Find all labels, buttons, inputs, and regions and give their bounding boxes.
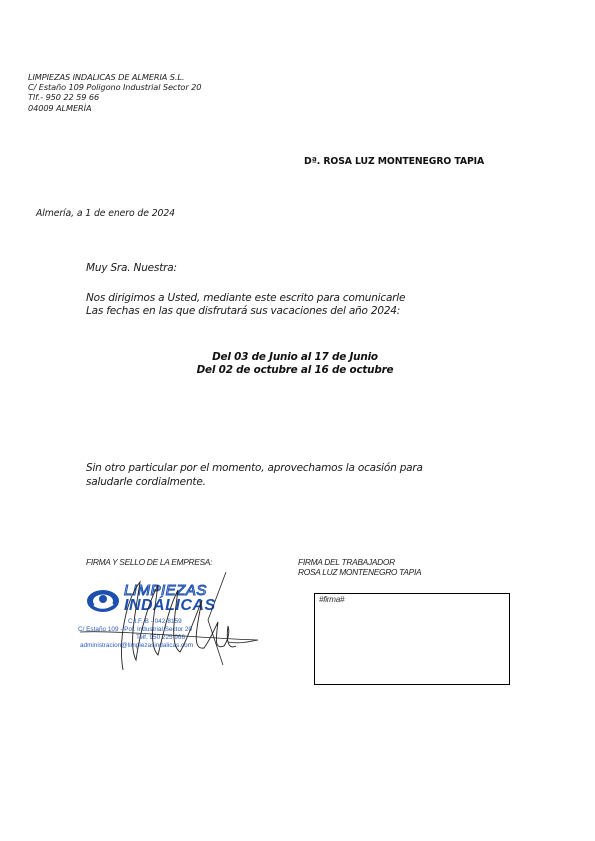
worker-signature-title: FIRMA DEL TRABAJADOR <box>298 557 421 567</box>
sender-company: LIMPIEZAS INDALICAS DE ALMERIA S.L. <box>28 72 201 82</box>
salutation: Muy Sra. Nuestra: <box>86 262 177 274</box>
sender-address: C/ Estaño 109 Poligono Industrial Sector… <box>28 82 201 92</box>
sender-city: 04009 ALMERÌA <box>28 103 201 113</box>
company-logo-icon <box>86 588 122 614</box>
company-stamp: LIMPIEZAS INDÁLICAS C.I.F. B - 042-8159 … <box>78 580 263 660</box>
sender-address-block: LIMPIEZAS INDALICAS DE ALMERIA S.L. C/ E… <box>28 72 201 113</box>
stamp-address: C/ Estaño 109 - Pol. Industrial Sector 2… <box>78 626 192 633</box>
recipient-name: Dª. ROSA LUZ MONTENEGRO TAPIA <box>304 156 484 167</box>
intro-line: Nos dirigimos a Usted, mediante este esc… <box>86 292 405 305</box>
vacation-period: Del 02 de octubre al 16 de octubre <box>150 364 440 377</box>
closing-line: Sin otro particular por el momento, apro… <box>86 461 423 475</box>
closing-paragraph: Sin otro particular por el momento, apro… <box>86 461 423 489</box>
stamp-phone: Telf. 950 225 966 <box>136 634 185 641</box>
worker-name: ROSA LUZ MONTENEGRO TAPIA <box>298 567 421 577</box>
stamp-email: administracion@limpiezasindalicas.com <box>80 642 193 649</box>
stamp-brand: LIMPIEZAS INDÁLICAS <box>124 583 216 613</box>
worker-signature-box[interactable]: #firma# <box>314 593 510 685</box>
vacation-period: Del 03 de Junio al 17 de Junio <box>150 351 440 364</box>
signature-placeholder: #firma# <box>319 595 344 604</box>
date-line: Almería, a 1 de enero de 2024 <box>36 208 175 219</box>
stamp-brand-line1: LIMPIEZAS <box>124 583 216 598</box>
intro-line: Las fechas en las que disfrutará sus vac… <box>86 305 405 318</box>
intro-paragraph: Nos dirigimos a Usted, mediante este esc… <box>86 292 405 318</box>
sender-phone: Tlf.- 950 22 59 66 <box>28 92 201 102</box>
closing-line: saludarle cordialmente. <box>86 475 423 489</box>
worker-signature-label: FIRMA DEL TRABAJADOR ROSA LUZ MONTENEGRO… <box>298 557 421 577</box>
stamp-brand-line2: INDÁLICAS <box>124 598 216 613</box>
stamp-cif: C.I.F. B - 042-8159 <box>128 618 182 625</box>
vacation-periods: Del 03 de Junio al 17 de Junio Del 02 de… <box>150 351 440 377</box>
company-signature-label: FIRMA Y SELLO DE LA EMPRESA: <box>86 557 212 567</box>
